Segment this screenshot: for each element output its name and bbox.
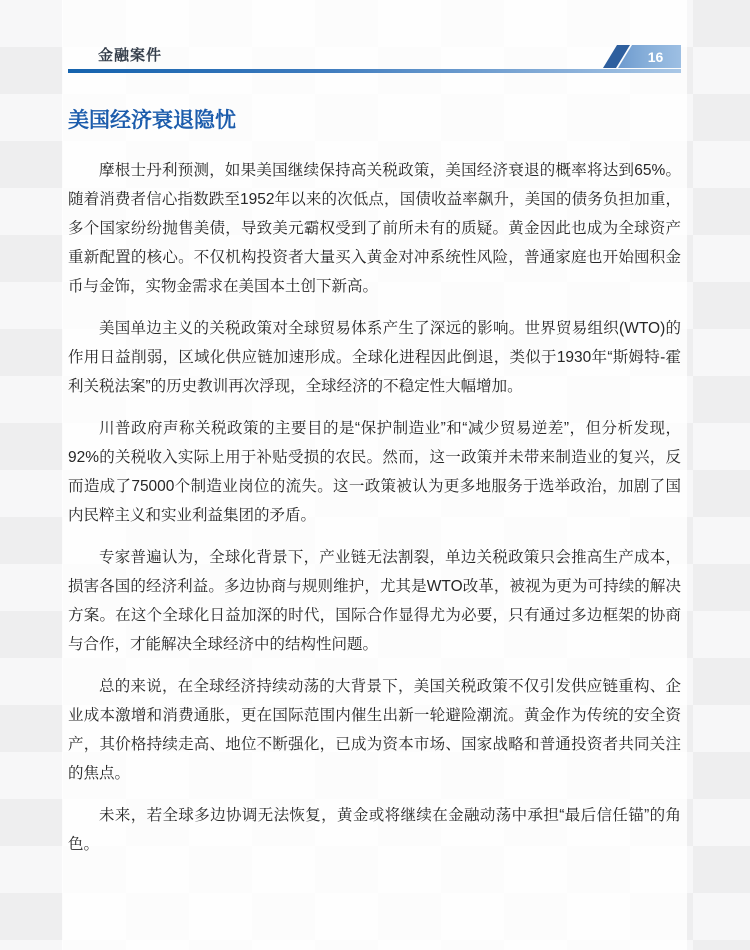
- page-number: 16: [630, 45, 681, 68]
- article-title: 美国经济衰退隐忧: [68, 107, 681, 135]
- article-body: 美国经济衰退隐忧 摩根士丹利预测，如果美国继续保持高关税政策，美国经济衰退的概率…: [68, 73, 681, 859]
- article-paragraph: 专家普遍认为，全球化背景下，产业链无法割裂，单边关税政策只会推高生产成本，损害各…: [68, 543, 681, 659]
- article-paragraph: 美国单边主义的关税政策对全球贸易体系产生了深远的影响。世界贸易组织(WTO)的作…: [68, 314, 681, 401]
- article-paragraph: 川普政府声称关税政策的主要目的是“保护制造业”和“减少贸易逆差”，但分析发现，9…: [68, 414, 681, 530]
- document-background: { "header": { "section_label": "金融案件", "…: [0, 0, 750, 950]
- document-page: 金融案件 16 美国经济衰退隐忧 摩根士丹利预测，如果美国继续保持高关税政策，美…: [62, 0, 687, 950]
- header-section-label: 金融案件: [98, 44, 162, 65]
- article-paragraph: 总的来说，在全球经济持续动荡的大背景下，美国关税政策不仅引发供应链重构、企业成本…: [68, 672, 681, 788]
- article-paragraph: 未来，若全球多边协调无法恢复，黄金或将继续在金融动荡中承担“最后信任锚”的角色。: [68, 801, 681, 859]
- page-number-badge: 16: [603, 45, 681, 68]
- article-paragraph: 摩根士丹利预测，如果美国继续保持高关税政策，美国经济衰退的概率将达到65%。随着…: [68, 156, 681, 301]
